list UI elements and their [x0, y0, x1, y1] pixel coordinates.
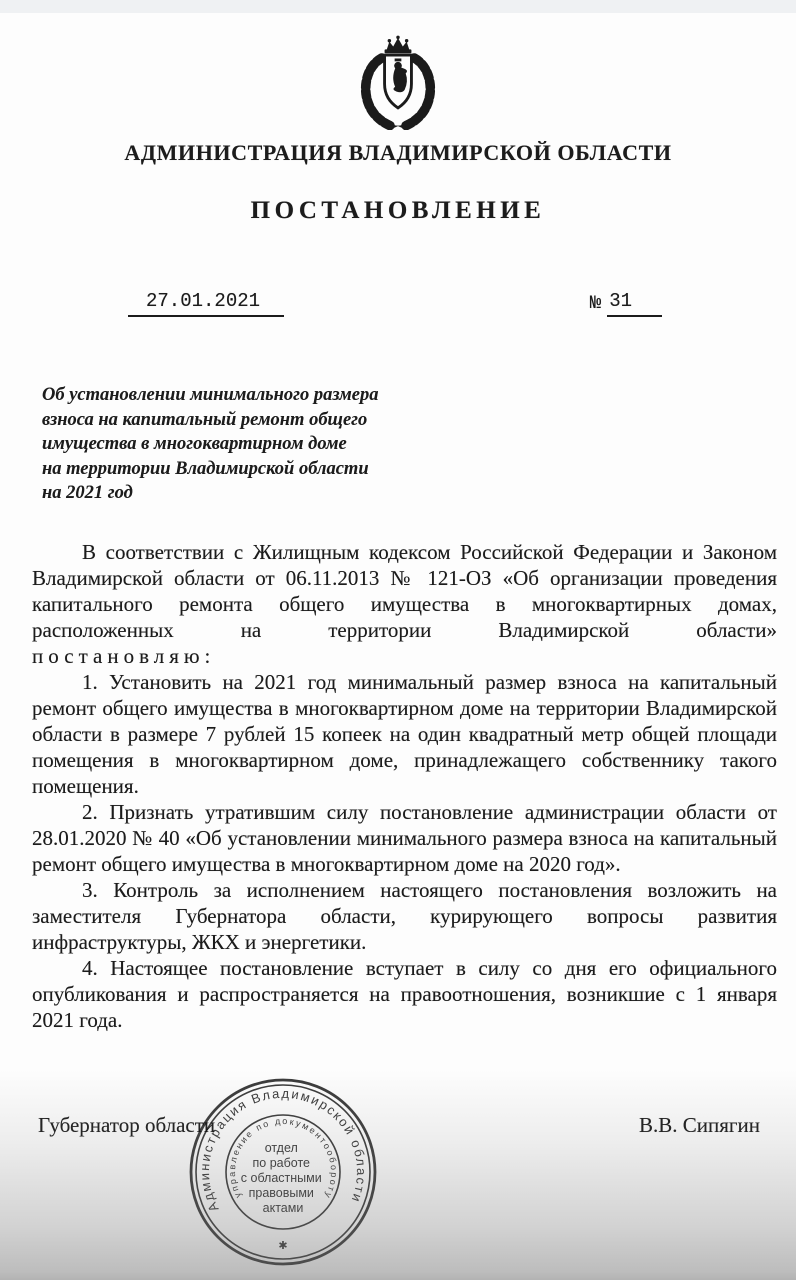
- date-number-row: 27.01.2021 № 31: [0, 290, 796, 317]
- decree-item-1: 1. Установить на 2021 год минимальный ра…: [32, 669, 777, 799]
- official-round-stamp: Администрация Владимирской области управ…: [186, 1075, 380, 1269]
- stamp-center-text: отдел по работе с областными правовыми а…: [241, 1141, 325, 1215]
- number-sign: №: [590, 292, 607, 317]
- subject-line: Об установлении минимального размера: [42, 383, 412, 408]
- stamp-separator-star: ✱: [278, 1240, 287, 1252]
- subject-line: взноса на капитальный ремонт общего: [42, 408, 412, 433]
- signature-row: Губернатор области В.В. Сипягин: [38, 1113, 760, 1138]
- resolve-word: постановляю:: [32, 643, 777, 669]
- document-number-block: № 31: [590, 290, 662, 317]
- subject-line: имущества в многоквартирном доме: [42, 432, 412, 457]
- stamp-center-line: правовыми: [249, 1186, 314, 1200]
- subject-line: на 2021 год: [42, 481, 412, 506]
- stamp-center-line: с областными: [241, 1171, 322, 1185]
- scan-bottom-shadow: [0, 1070, 796, 1280]
- signer-name: В.В. Сипягин: [639, 1113, 760, 1138]
- subject-line: на территории Владимирской области: [42, 457, 412, 482]
- stamp-center-line: актами: [263, 1201, 304, 1215]
- stamp-center-line: по работе: [253, 1156, 311, 1170]
- decree-item-2: 2. Признать утратившим силу постановлени…: [32, 799, 777, 877]
- scan-top-band: [0, 0, 796, 13]
- document-date: 27.01.2021: [128, 290, 284, 317]
- coat-of-arms-icon: [354, 34, 442, 130]
- org-name-heading: АДМИНИСТРАЦИЯ ВЛАДИМИРСКОЙ ОБЛАСТИ: [0, 140, 796, 166]
- document-type-title: ПОСТАНОВЛЕНИЕ: [0, 196, 796, 226]
- subject-paragraph: Об установлении минимального размера взн…: [42, 383, 412, 506]
- intro-paragraph: В соответствии с Жилищным кодексом Росси…: [32, 539, 777, 643]
- document-body: В соответствии с Жилищным кодексом Росси…: [32, 539, 777, 1033]
- scanned-decree-page: АДМИНИСТРАЦИЯ ВЛАДИМИРСКОЙ ОБЛАСТИ ПОСТА…: [0, 0, 796, 1280]
- decree-item-4: 4. Настоящее постановление вступает в си…: [32, 955, 777, 1033]
- stamp-center-line: отдел: [265, 1141, 298, 1155]
- decree-item-3: 3. Контроль за исполнением настоящего по…: [32, 877, 777, 955]
- document-number: 31: [607, 290, 662, 317]
